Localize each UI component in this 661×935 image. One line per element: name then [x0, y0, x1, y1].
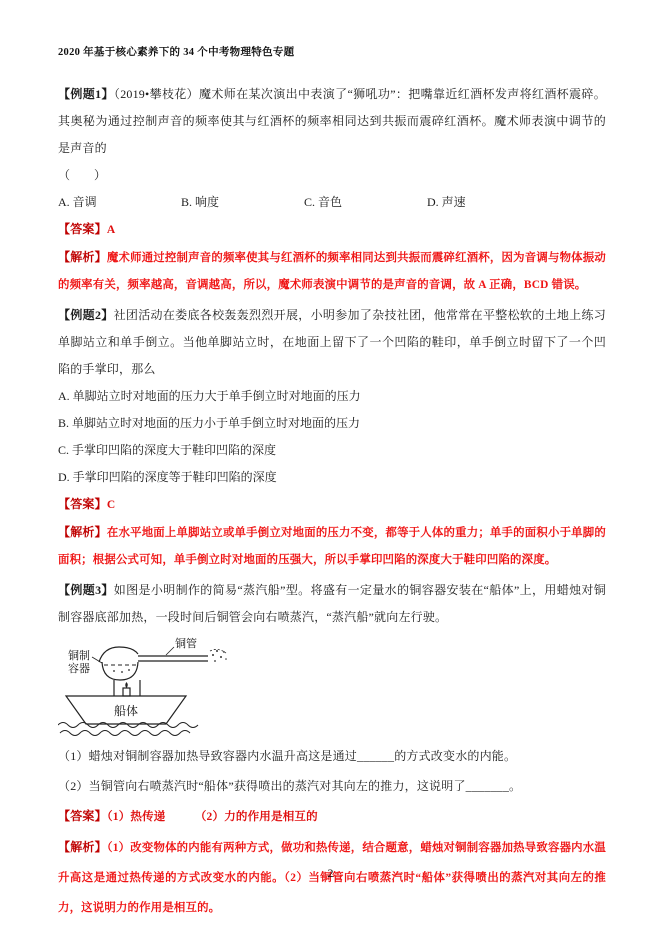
problem-1-stem: 【例题1】（2019•攀枝花）魔术师在某次演出中表演了“狮吼功”：把嘴靠近红酒杯…: [58, 81, 606, 162]
problem-3-stem-text: 如图是小明制作的简易“蒸汽船”型。将盛有一定量水的铜容器安装在“船体”上，用蜡烛…: [58, 583, 606, 624]
problem-2-stem: 【例题2】社团活动在娄底各校轰轰烈烈开展，小明参加了杂技社团，他常常在平整松软的…: [58, 302, 606, 383]
answer-value: C: [107, 499, 116, 511]
problem-3-question-1: （1）蜡烛对铜制容器加热导致容器内水温升高这是通过______的方式改变水的内能…: [58, 741, 606, 771]
document-title: 2020 年基于核心素养下的 34 个中考物理特色专题: [58, 44, 606, 59]
page-content: 2020 年基于核心素养下的 34 个中考物理特色专题 【例题1】（2019•攀…: [58, 44, 606, 923]
analysis-text: 魔术师通过控制声音的频率使其与红酒杯的频率相同达到共振而震碎红酒杯，因为音调与物…: [58, 252, 606, 291]
container-label-line2: 容器: [68, 661, 90, 675]
option-a: A. 音调: [58, 189, 178, 216]
option-d: D. 声速: [427, 189, 466, 216]
analysis-text: 在水平地面上单脚站立或单手倒立对地面的压力不变，都等于人体的重力；单手的面积小于…: [58, 527, 606, 566]
answer-tag: 【答案】: [58, 497, 107, 511]
option-c: C. 音色: [304, 189, 424, 216]
option-c: C. 手掌印凹陷的深度大于鞋印凹陷的深度: [58, 437, 606, 464]
analysis-tag: 【解析】: [58, 840, 107, 854]
analysis-tag: 【解析】: [58, 525, 107, 539]
pipe-label-pointer: [166, 647, 174, 655]
page-number: 2: [0, 866, 661, 881]
problem-1-options: A. 音调 B. 响度 C. 音色 D. 声速: [58, 189, 606, 216]
option-b: B. 响度: [181, 189, 301, 216]
problem-2-answer: 【答案】C: [58, 491, 606, 519]
problem-1-stem-text: （2019•攀枝花）魔术师在某次演出中表演了“狮吼功”：把嘴靠近红酒杯发声将红酒…: [58, 87, 606, 155]
option-a: A. 单脚站立时对地面的压力大于单手倒立时对地面的压力: [58, 383, 606, 410]
problem-3-label: 【例题3】: [58, 583, 114, 597]
problem-3-stem: 【例题3】如图是小明制作的简易“蒸汽船”型。将盛有一定量水的铜容器安装在“船体”…: [58, 577, 606, 631]
problem-2-label: 【例题2】: [58, 308, 114, 322]
answer-tag: 【答案】: [58, 809, 107, 823]
problem-1-analysis: 【解析】魔术师通过控制声音的频率使其与红酒杯的频率相同达到共振而震碎红酒杯，因为…: [58, 244, 606, 299]
steamboat-figure: 铜制 容器 铜管 船体: [58, 637, 268, 739]
container-lid: [99, 647, 138, 662]
problem-2-options: A. 单脚站立时对地面的压力大于单手倒立时对地面的压力 B. 单脚站立时对地面的…: [58, 383, 606, 491]
option-b: B. 单脚站立时对地面的压力小于单手倒立时对地面的压力: [58, 410, 606, 437]
container-label-line1: 铜制: [68, 648, 90, 662]
option-d: D. 手掌印凹陷的深度等于鞋印凹陷的深度: [58, 464, 606, 491]
hull-label: 船体: [114, 703, 138, 718]
answer-tag: 【答案】: [58, 222, 107, 236]
water-wave-line-2: [60, 731, 190, 736]
problem-2: 【例题2】社团活动在娄底各校轰轰烈烈开展，小明参加了杂技社团，他常常在平整松软的…: [58, 302, 606, 574]
steam-dots: [212, 650, 227, 662]
answer-value: （1）热传递 （2）力的作用是相互的: [107, 811, 318, 823]
analysis-tag: 【解析】: [58, 250, 107, 264]
problem-2-analysis: 【解析】在水平地面上单脚站立或单手倒立对地面的压力不变，都等于人体的重力；单手的…: [58, 519, 606, 574]
problem-1: 【例题1】（2019•攀枝花）魔术师在某次演出中表演了“狮吼功”：把嘴靠近红酒杯…: [58, 81, 606, 299]
problem-1-choice-paren: （ ）: [58, 162, 606, 189]
problem-3-answer: 【答案】（1）热传递 （2）力的作用是相互的: [58, 801, 606, 832]
answer-value: A: [107, 224, 116, 236]
candle-body: [123, 688, 130, 696]
steamboat-diagram: 铜制 容器 铜管 船体: [58, 637, 268, 739]
problem-2-stem-text: 社团活动在娄底各校轰轰烈烈开展，小明参加了杂技社团，他常常在平整松软的土地上练习…: [58, 308, 606, 376]
problem-1-label: 【例题1】: [58, 87, 114, 101]
pipe-label: 铜管: [175, 637, 197, 650]
problem-1-answer: 【答案】A: [58, 216, 606, 244]
candle-flame: [125, 682, 128, 688]
document-page: 2020 年基于核心素养下的 34 个中考物理特色专题 【例题1】（2019•攀…: [0, 0, 661, 935]
problem-3-question-2: （2）当铜管向右喷蒸汽时“船体”获得喷出的蒸汽对其向左的推力，这说明了_____…: [58, 771, 606, 801]
